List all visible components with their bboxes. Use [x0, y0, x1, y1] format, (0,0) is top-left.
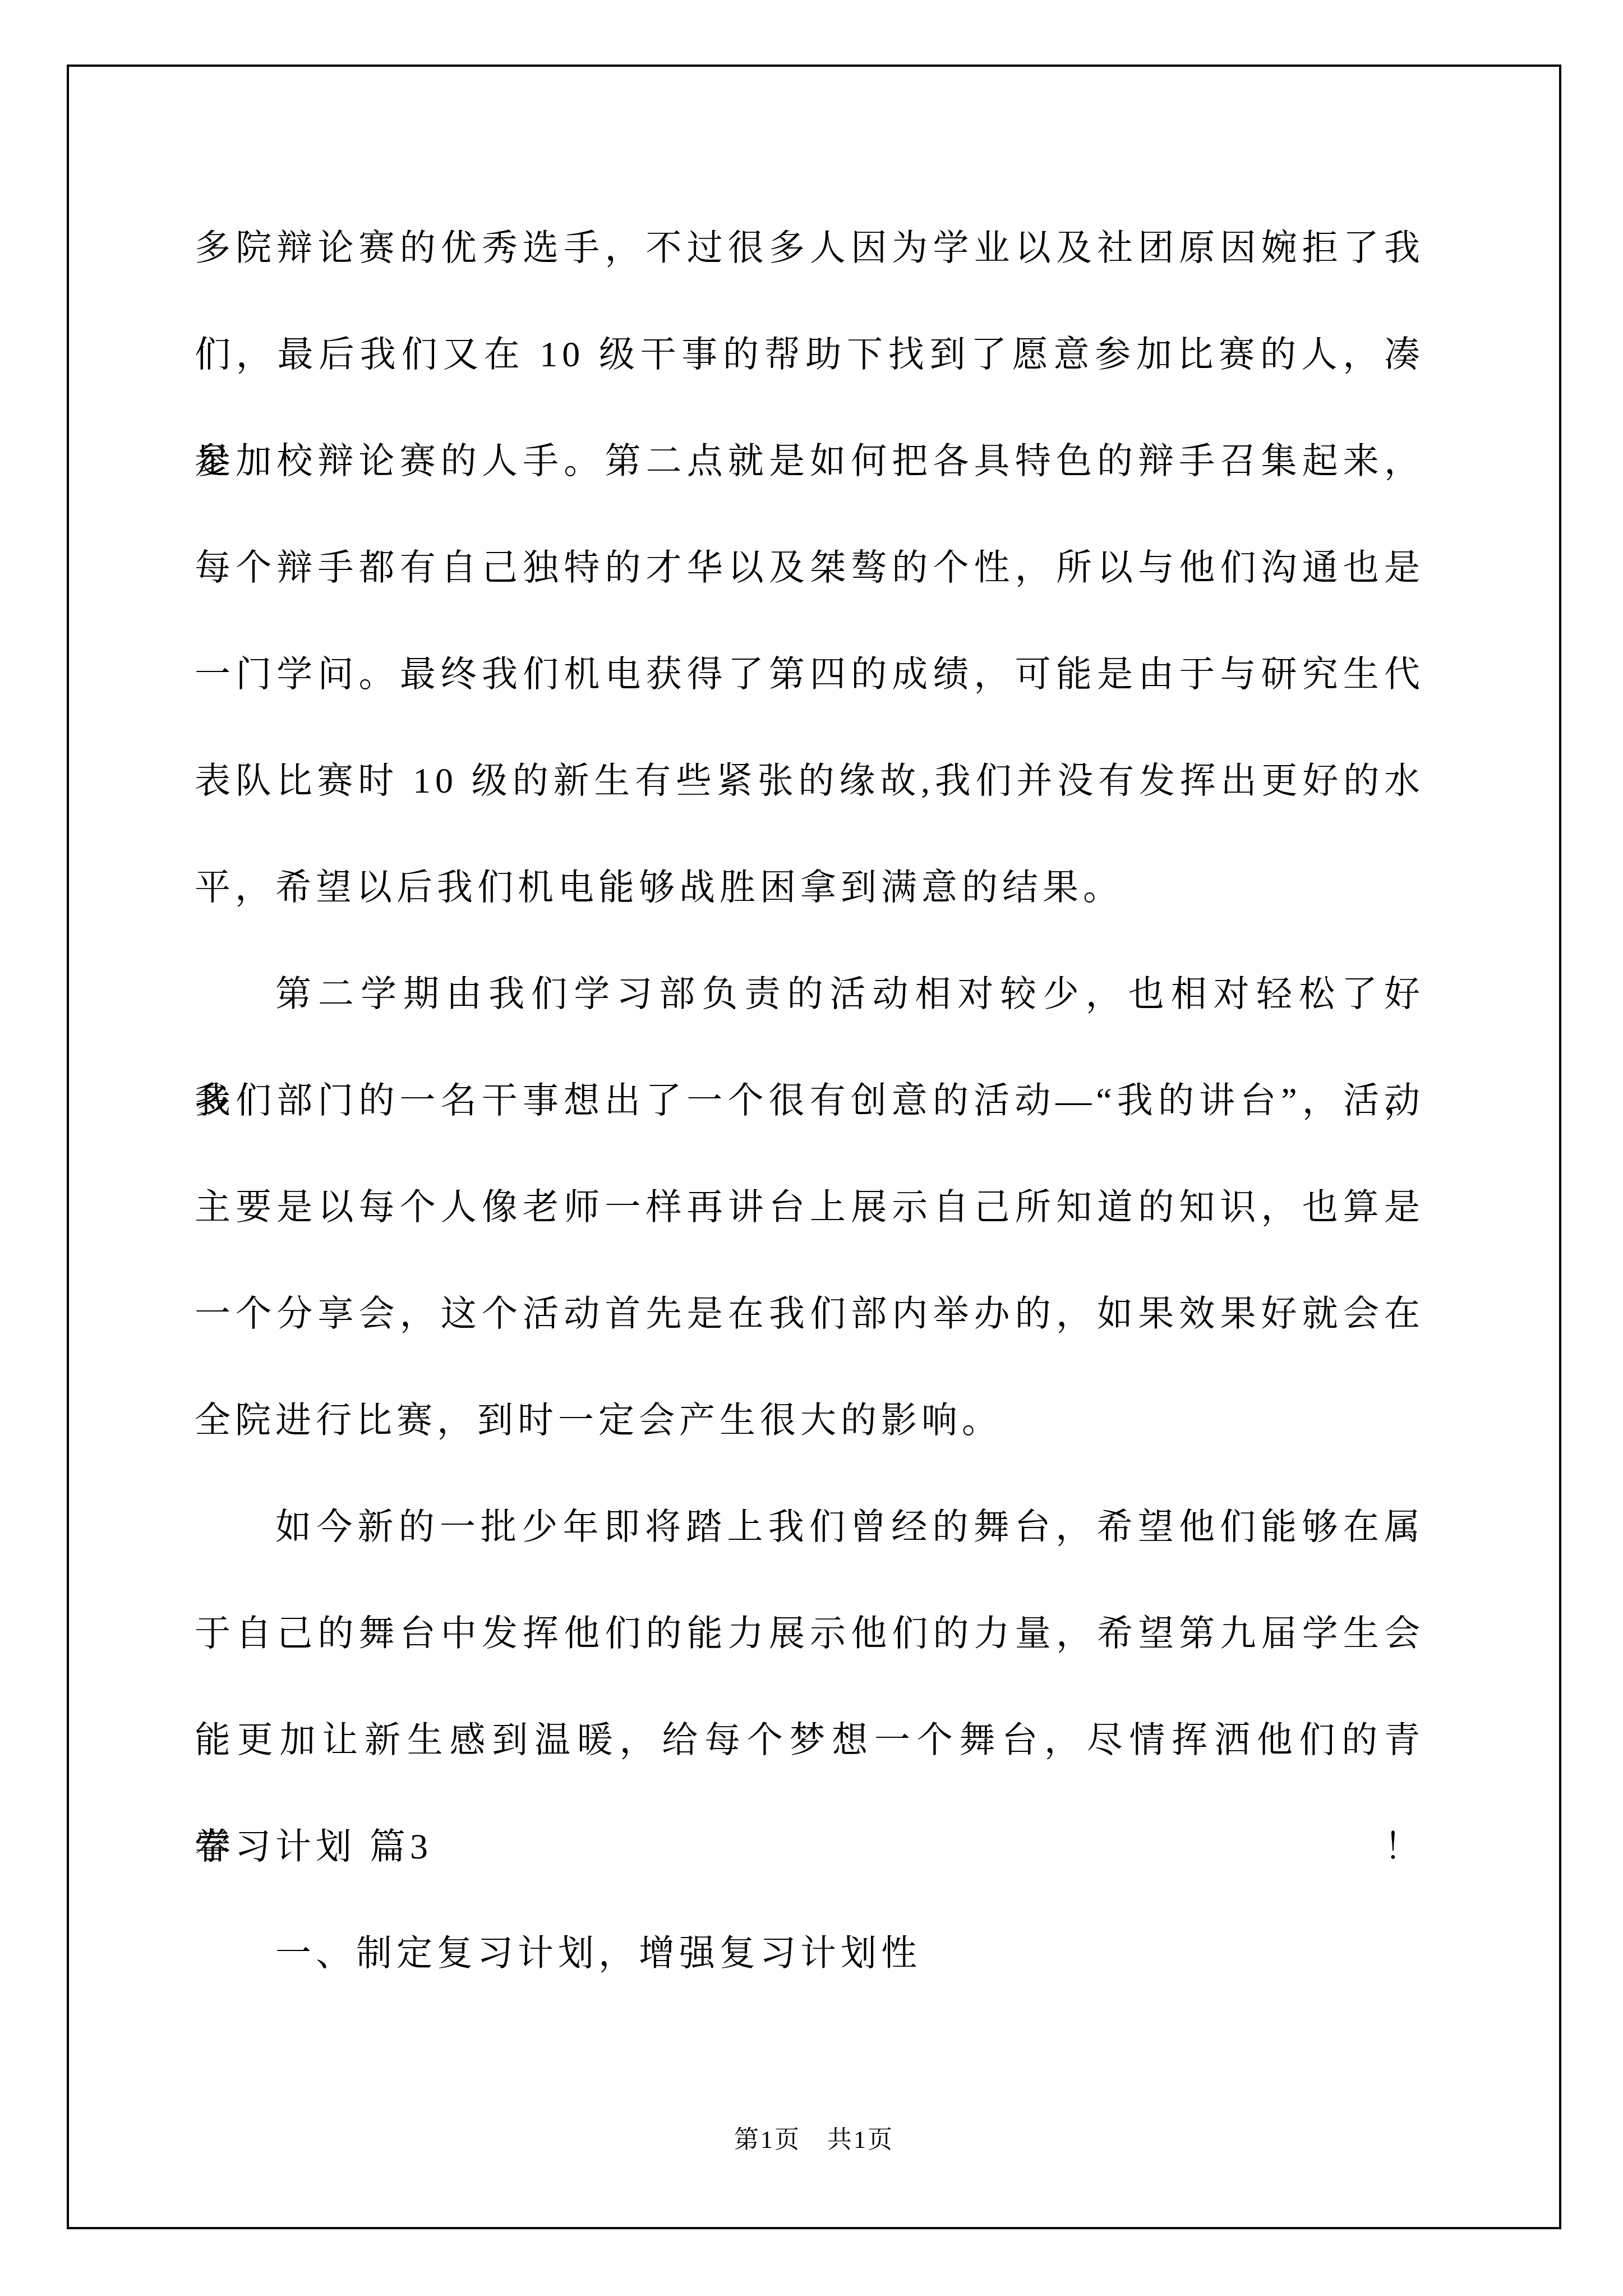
text-line: 每个辩手都有自己独特的才华以及桀骜的个性，所以与他们沟通也是: [195, 514, 1424, 621]
text-line: 我们部门的一名干事想出了一个很有创意的活动—“我的讲台”，活动: [195, 1047, 1424, 1154]
page-number-footer: 第1页 共1页: [67, 2123, 1561, 2157]
text-line: 全院进行比赛，到时一定会产生很大的影响。: [195, 1367, 1424, 1474]
text-line: 能更加让新生感到温暖，给每个梦想一个舞台，尽情挥洒他们的青春！: [195, 1687, 1424, 1793]
text-line: 于自己的舞台中发挥他们的能力展示他们的力量，希望第九届学生会: [195, 1580, 1424, 1687]
text-line: 主要是以每个人像老师一样再讲台上展示自己所知道的知识，也算是: [195, 1154, 1424, 1260]
text-line: 参加校辩论赛的人手。第二点就是如何把各具特色的辩手召集起来，: [195, 408, 1424, 514]
document-body: 多院辩论赛的优秀选手，不过很多人因为学业以及社团原因婉拒了我 们，最后我们又在 …: [195, 195, 1424, 2007]
text-line: 第二学期由我们学习部负责的活动相对较少，也相对轻松了好多，: [195, 941, 1424, 1047]
text-line: 一、制定复习计划，增强复习计划性: [195, 1900, 1424, 2007]
text-line: 一个分享会，这个活动首先是在我们部内举办的，如果效果好就会在: [195, 1260, 1424, 1367]
text-line: 平，希望以后我们机电能够战胜困拿到满意的结果。: [195, 834, 1424, 941]
text-line: 们，最后我们又在 10 级干事的帮助下找到了愿意参加比赛的人，凑足: [195, 301, 1424, 408]
text-line: 多院辩论赛的优秀选手，不过很多人因为学业以及社团原因婉拒了我: [195, 195, 1424, 301]
text-line: 表队比赛时 10 级的新生有些紧张的缘故,我们并没有发挥出更好的水: [195, 728, 1424, 834]
document-page: 多院辩论赛的优秀选手，不过很多人因为学业以及社团原因婉拒了我 们，最后我们又在 …: [0, 0, 1623, 2296]
text-line: 一门学问。最终我们机电获得了第四的成绩，可能是由于与研究生代: [195, 621, 1424, 728]
text-line: 如今新的一批少年即将踏上我们曾经的舞台，希望他们能够在属: [195, 1474, 1424, 1580]
